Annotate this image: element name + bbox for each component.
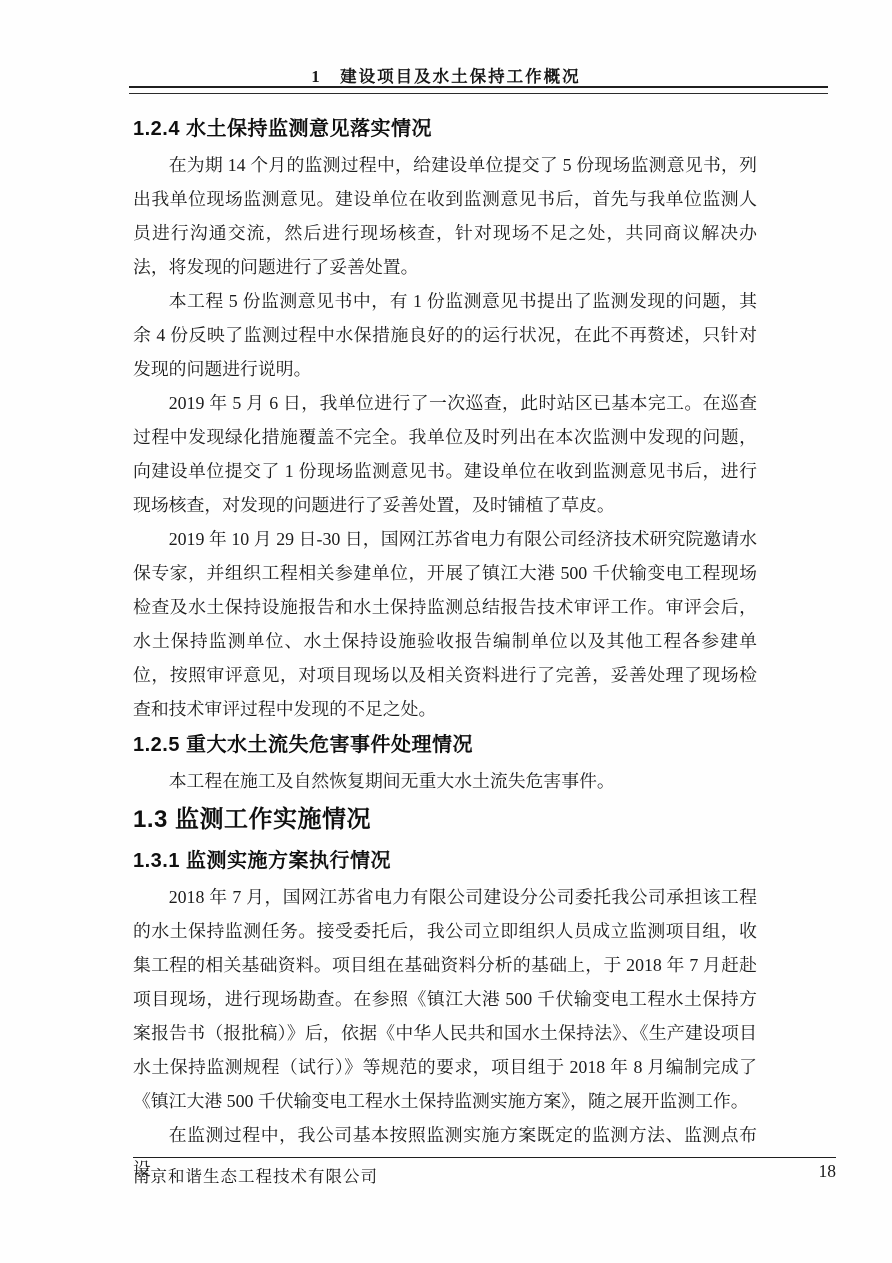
footer-company-name: 南京和谐生态工程技术有限公司: [133, 1163, 378, 1187]
paragraph-monitoring-opinions-overview: 在为期 14 个月的监测过程中，给建设单位提交了 5 份现场监测意见书，列出我单…: [133, 148, 757, 284]
page-header-title: 1 建设项目及水土保持工作概况: [0, 63, 892, 87]
document-page: 1 建设项目及水土保持工作概况 1.2.4 水土保持监测意见落实情况 在为期 1…: [0, 0, 892, 1263]
paragraph-monitoring-plan-preparation: 2018 年 7 月，国网江苏省电力有限公司建设分公司委托我公司承担该工程的水土…: [133, 880, 757, 1118]
paragraph-opinion-books-summary: 本工程 5 份监测意见书中，有 1 份监测意见书提出了监测发现的问题，其余 4 …: [133, 284, 757, 386]
header-rule-thin: [129, 93, 828, 94]
document-body: 1.2.4 水土保持监测意见落实情况 在为期 14 个月的监测过程中，给建设单位…: [133, 110, 757, 1186]
paragraph-review-2019-10-29: 2019 年 10 月 29 日-30 日，国网江苏省电力有限公司经济技术研究院…: [133, 522, 757, 726]
header-rule-thick: [129, 86, 828, 88]
footer-rule: [133, 1157, 836, 1158]
section-heading-1-3-1: 1.3.1 监测实施方案执行情况: [133, 842, 757, 880]
paragraph-inspection-2019-05-06: 2019 年 5 月 6 日，我单位进行了一次巡查，此时站区已基本完工。在巡查过…: [133, 386, 757, 522]
paragraph-no-major-soil-loss: 本工程在施工及自然恢复期间无重大水土流失危害事件。: [133, 764, 757, 798]
section-heading-1-3: 1.3 监测工作实施情况: [133, 798, 757, 842]
footer-page-number: 18: [716, 1161, 836, 1182]
section-heading-1-2-4: 1.2.4 水土保持监测意见落实情况: [133, 110, 757, 148]
section-heading-1-2-5: 1.2.5 重大水土流失危害事件处理情况: [133, 726, 757, 764]
